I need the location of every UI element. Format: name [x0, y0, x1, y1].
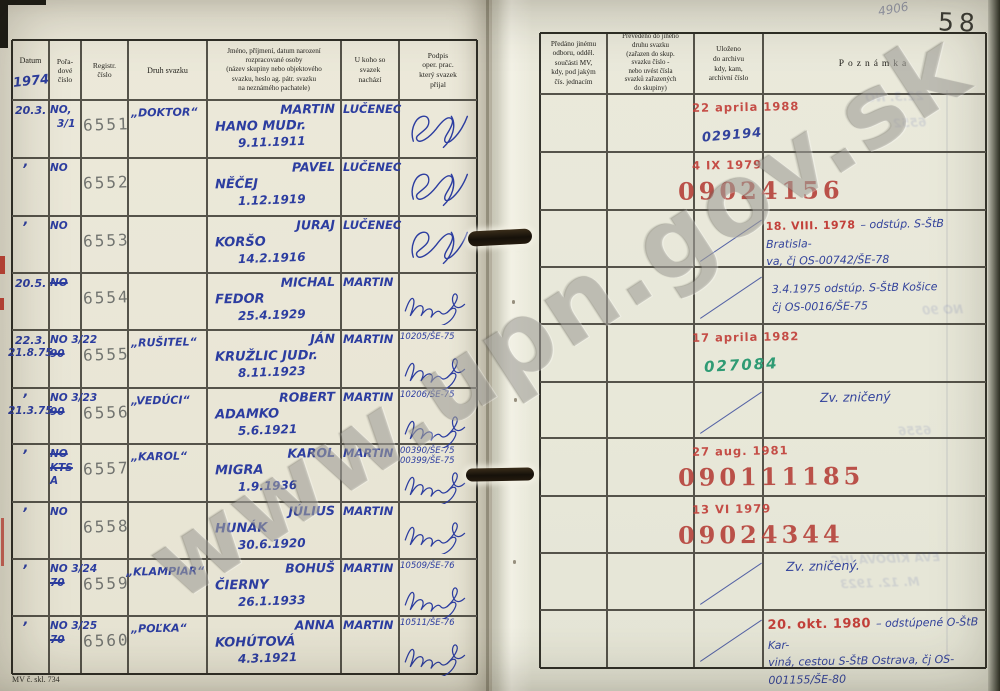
subject-surname: MIGRA — [215, 463, 264, 479]
registration-number: 6551 — [83, 114, 130, 135]
datum-cell: ’ — [22, 620, 27, 636]
registration-number: 6555 — [83, 344, 130, 365]
registration-number: 6554 — [83, 287, 130, 308]
remark-text: 3.4.1975 odstúp. S-ŠtB Košice — [772, 280, 938, 296]
poradove-cell: NO — [50, 277, 68, 289]
grid-line — [540, 323, 986, 324]
scan-edge — [0, 0, 8, 48]
subject-first-name: MICHAL — [205, 274, 335, 291]
subject-first-name: JURAJ — [205, 217, 335, 234]
subject-first-name: PAVEL — [205, 159, 335, 176]
poradove-cell: NO 3/23 — [50, 392, 97, 404]
col-header-prevedeno: Převedeno do jiného druhu svazku (zařaze… — [607, 33, 694, 94]
grid-line — [540, 209, 986, 210]
col-header-u-koho: U koho so svazek nachází — [341, 40, 399, 100]
subject-birthdate: 8.11.1923 — [238, 364, 306, 380]
archive-number-stamp: 09024156 — [678, 175, 844, 205]
grid-line — [606, 33, 607, 668]
col-header-registr-cislo: Registr. číslo — [81, 40, 128, 100]
bleedthrough-line — [946, 90, 948, 660]
grid-line — [540, 32, 986, 34]
datum-cell: ’ — [22, 563, 27, 579]
col-header-ulozeno: Uloženo do archivu kdy, kam, archivní čí… — [694, 33, 763, 94]
poradove-cell: NO 3/24 — [50, 563, 97, 575]
file-holder: LUČENEC — [343, 102, 401, 116]
col-header-podpis: Podpis oper. prac. který svazek přijal — [399, 40, 477, 100]
file-type-codename: „POĽKA“ — [131, 622, 187, 636]
poradove-cell: NO 3/25 — [50, 620, 97, 632]
subject-first-name: ANNA — [205, 617, 335, 634]
file-type-codename: „DOKTOR“ — [131, 105, 198, 119]
officer-signature — [402, 638, 472, 676]
file-holder: MARTIN — [343, 504, 393, 518]
subject-surname: KOHÚTOVÁ — [215, 634, 296, 650]
archive-date-stamp: 22 aprila 1988 — [692, 99, 800, 115]
datum-cell: 22.3. — [15, 334, 46, 347]
reference-code: 10205/ŠE-75 — [400, 332, 455, 342]
archive-date-stamp: 4 IX 1979 — [692, 157, 762, 172]
datum-cell: ’ — [22, 220, 27, 236]
file-type-codename: „KAROL“ — [131, 450, 187, 464]
grid-line — [398, 40, 399, 674]
col-header-poznamka: Poznámka — [763, 33, 986, 94]
remark-text: Zv. zničený — [820, 389, 891, 405]
subject-surname: KRUŽLIC JUDr. — [215, 348, 318, 365]
officer-signature — [408, 166, 470, 212]
bleedthrough-text: 6552 — [893, 115, 927, 130]
subject-first-name: KAROL — [205, 445, 335, 462]
gutter-ridge — [498, 0, 532, 691]
subject-birthdate: 5.6.1921 — [238, 422, 298, 438]
remark-note: 20. okt. 1980– odstúpené O-ŠtB Kar-viná,… — [767, 612, 994, 690]
datum-cell: ’ — [22, 506, 27, 522]
archive-date-stamp: 17 aprila 1982 — [692, 329, 800, 345]
col-header-poradove-cislo: Pořa- dové číslo — [49, 40, 81, 100]
archive-number-stamp: 09024344 — [678, 519, 844, 549]
reference-code: 10206/ŠE-75 — [400, 390, 455, 400]
file-holder: MARTIN — [343, 446, 393, 460]
file-holder: MARTIN — [343, 332, 393, 346]
remark-line: 20. okt. 1980– odstúpené O-ŠtB Kar- — [767, 612, 994, 654]
subject-surname: HANO MUDr. — [215, 118, 306, 135]
officer-signature — [402, 581, 472, 619]
stitch-hole — [514, 398, 517, 402]
stitch-hole — [512, 300, 515, 304]
file-holder: MARTIN — [343, 390, 393, 404]
registration-number: 6557 — [83, 458, 130, 479]
poradove-cell: NO — [50, 448, 68, 460]
grid-line — [476, 40, 478, 674]
remark-text: va, čj OS-00742/ŠE-78 — [766, 253, 889, 268]
grid-line — [540, 151, 986, 152]
grid-line — [540, 609, 986, 610]
subject-surname: NĚČEJ — [215, 177, 258, 193]
file-holder: LUČENEC — [343, 160, 401, 174]
grid-line — [80, 40, 81, 674]
form-number: MV č. skl. 734 — [12, 675, 60, 684]
poradove-cell: 90 — [50, 348, 65, 360]
margin-mark — [0, 298, 4, 310]
registration-number: 6556 — [83, 402, 130, 423]
registration-number: 6558 — [83, 516, 130, 537]
stitch-hole — [513, 560, 516, 564]
datum-cell: 20.5. — [15, 277, 46, 290]
grid-line — [340, 40, 341, 674]
grid-line — [12, 272, 477, 273]
reference-code: 00399/ŠE-75 — [400, 456, 455, 466]
officer-signature — [402, 410, 472, 448]
poradove-cell: NO — [50, 506, 68, 518]
remark-text: čj OS-0016/ŠE-75 — [772, 299, 868, 314]
file-type-codename: „KLAMPIAR“ — [126, 564, 205, 578]
subject-birthdate: 9.11.1911 — [238, 134, 306, 150]
officer-signature — [402, 352, 472, 390]
grid-line — [12, 329, 477, 330]
file-holder: LUČENEC — [343, 218, 401, 232]
officer-signature — [408, 108, 470, 154]
file-type-codename: „RUŠITEL“ — [131, 335, 197, 349]
poradove-cell: 70 — [50, 577, 65, 589]
datum-cell: 21.3.75 — [8, 405, 53, 417]
subject-first-name: ROBERT — [205, 389, 335, 406]
grid-line — [540, 495, 986, 496]
col-header-druh-svazku: Druh svazku — [128, 40, 207, 100]
grid-line — [12, 558, 477, 559]
subject-first-name: JÚLIUS — [205, 503, 335, 520]
officer-signature — [402, 516, 472, 554]
col-header-predano: Předáno jinému odboru, odděl. součásti M… — [540, 33, 607, 94]
subject-birthdate: 14.2.1916 — [238, 250, 306, 266]
reference-code: 10509/ŠE-76 — [400, 561, 455, 571]
officer-signature — [402, 287, 472, 325]
file-holder: MARTIN — [343, 618, 393, 632]
officer-signature — [408, 224, 470, 270]
grid-line — [540, 381, 986, 382]
subject-surname: HUNÁK — [215, 521, 268, 537]
poradove-cell: 3/1 — [57, 118, 75, 130]
subject-surname: ADAMKO — [215, 406, 279, 422]
grid-line — [12, 215, 477, 216]
datum-cell: 21.8.75 — [8, 347, 53, 359]
remark-text: 001155/ŠE-80 — [768, 673, 846, 687]
grid-line — [206, 40, 207, 674]
poradove-cell: NO — [50, 162, 68, 174]
remark-line: Zv. zničený — [820, 384, 1000, 408]
grid-line — [693, 33, 694, 668]
registration-number: 6559 — [83, 573, 130, 594]
poradove-cell: KTS — [50, 462, 73, 474]
margin-mark — [0, 256, 5, 274]
remark-line: 18. VIII. 1978– odstúp. S-ŠtB Bratisla- — [766, 214, 993, 253]
subject-first-name: BOHUŠ — [205, 560, 335, 577]
poradove-cell: NO — [50, 220, 68, 232]
remark-note: Zv. zničený — [820, 384, 1000, 408]
remark-text: viná, cestou S-ŠtB Ostrava, čj OS- — [768, 653, 954, 669]
scanned-ledger-spread: Datum 1974 Pořa- dové číslo Registr. čís… — [0, 0, 1000, 691]
bleedthrough-text: M. 12. 1923 — [840, 575, 920, 592]
subject-surname: KORŠO — [215, 235, 266, 251]
datum-cell: 20.3. — [15, 104, 46, 117]
datum-cell: ’ — [22, 448, 27, 464]
archive-number-stamp: 090111185 — [678, 461, 865, 492]
remark-note: 18. VIII. 1978– odstúp. S-ŠtB Bratisla-v… — [766, 214, 993, 271]
subject-first-name: MARTIN — [205, 101, 335, 118]
registration-number: 6560 — [83, 630, 130, 651]
subject-birthdate: 1.9.1936 — [238, 478, 298, 494]
subject-birthdate: 4.3.1921 — [238, 650, 298, 666]
grid-line — [12, 157, 477, 158]
poradove-cell: 70 — [50, 634, 65, 646]
bleedthrough-text: 22.3. NO — [865, 89, 924, 105]
file-holder: MARTIN — [343, 561, 393, 575]
poradove-cell: A — [50, 475, 58, 487]
poradove-cell: 90 — [50, 406, 65, 418]
archive-date-stamp: 27 aug. 1981 — [692, 443, 789, 459]
registration-number: 6552 — [83, 172, 130, 193]
reference-code: 00390/ŠE-75 — [400, 446, 455, 456]
file-holder: MARTIN — [343, 275, 393, 289]
subject-birthdate: 1.12.1919 — [238, 192, 306, 208]
remark-date-stamp: 18. VIII. 1978 — [766, 218, 856, 233]
remark-date-stamp: 20. okt. 1980 — [767, 616, 871, 633]
registration-number: 6553 — [83, 230, 130, 251]
bleedthrough-text: NO 90 — [922, 302, 964, 317]
scan-edge — [0, 0, 46, 5]
subject-surname: FEDOR — [215, 292, 265, 308]
subject-surname: ČIERNY — [215, 578, 269, 594]
remark-note: 3.4.1975 odstúp. S-ŠtB Košicečj OS-0016/… — [772, 277, 999, 316]
subject-birthdate: 25.4.1929 — [238, 307, 306, 323]
subject-birthdate: 26.1.1933 — [238, 593, 306, 609]
grid-line — [762, 33, 763, 668]
poradove-cell: NO, — [50, 104, 71, 116]
officer-signature — [402, 466, 472, 504]
margin-mark — [1, 518, 4, 566]
grid-line — [12, 39, 477, 42]
col-header-jmeno: Jméno, příjmení, datum narození rozpraco… — [207, 40, 341, 100]
page-fold-line — [486, 0, 489, 691]
grid-line — [12, 99, 477, 101]
subject-first-name: JÁN — [205, 331, 335, 348]
bleedthrough-text: 6556 — [898, 423, 932, 438]
subject-birthdate: 30.6.1920 — [238, 536, 306, 552]
datum-cell: ’ — [22, 162, 27, 178]
reference-code: 10511/ŠE-76 — [400, 618, 455, 628]
file-type-codename: „VEDÚCI“ — [131, 393, 190, 407]
scan-edge — [988, 0, 1000, 691]
binding-stitch — [466, 467, 534, 481]
poradove-cell: NO 3/22 — [50, 334, 97, 346]
grid-line — [539, 33, 541, 668]
archive-date-stamp: 13 VI 1979 — [692, 501, 771, 516]
